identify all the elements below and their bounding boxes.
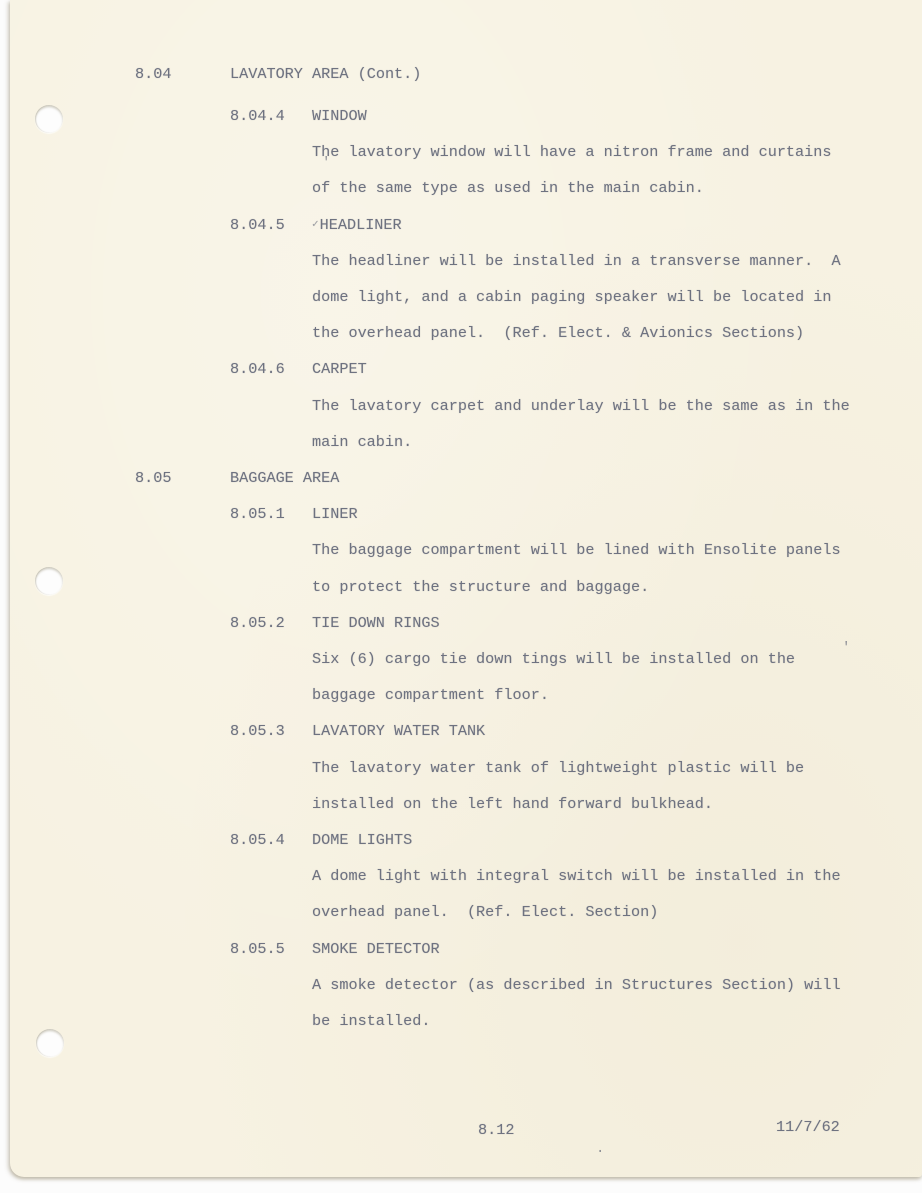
text-row: overhead panel. (Ref. Elect. Section) — [10, 894, 922, 931]
subsection-title: DOME LIGHTS — [312, 822, 412, 859]
subsection-number: 8.04.5 — [230, 207, 285, 244]
subsection-number: 8.05.4 — [230, 822, 285, 859]
subsection-title-text: LINER — [312, 505, 358, 523]
body-text: dome light, and a cabin paging speaker w… — [312, 279, 832, 316]
stray-mark: ' — [322, 156, 330, 170]
body-text: The lavatory carpet and underlay will be… — [312, 388, 850, 425]
text-row: The baggage compartment will be lined wi… — [10, 532, 922, 569]
text-row: The lavatory window will have a nitron f… — [10, 134, 922, 171]
subsection-title: SMOKE DETECTOR — [312, 931, 440, 968]
subsection-number: 8.05.1 — [230, 496, 285, 533]
section-title-text: BAGGAGE AREA — [230, 469, 339, 487]
subsection-title: LINER — [312, 496, 358, 533]
text-row: 8.05BAGGAGE AREA — [10, 460, 922, 497]
text-row: 8.04.6CARPET — [10, 351, 922, 388]
text-row: 8.04LAVATORY AREA (Cont.) — [10, 56, 922, 93]
body-text: baggage compartment floor. — [312, 677, 549, 714]
section-number: 8.04 — [135, 56, 171, 93]
text-row: dome light, and a cabin paging speaker w… — [10, 279, 922, 316]
text-row: A smoke detector (as described in Struct… — [10, 967, 922, 1004]
subsection-title-text: DOME LIGHTS — [312, 831, 412, 849]
body-text: A dome light with integral switch will b… — [312, 858, 841, 895]
text-row: to protect the structure and baggage. — [10, 569, 922, 606]
text-row: 8.05.5SMOKE DETECTOR — [10, 931, 922, 968]
section-number: 8.05 — [135, 460, 171, 497]
body-text: main cabin. — [312, 424, 412, 461]
subsection-title-text: WINDOW — [312, 107, 367, 125]
body-text: overhead panel. (Ref. Elect. Section) — [312, 894, 658, 931]
subsection-number: 8.05.5 — [230, 931, 285, 968]
body-text: The headliner will be installed in a tra… — [312, 243, 841, 280]
text-row: 8.04.4WINDOW — [10, 98, 922, 135]
subsection-title-text: TIE DOWN RINGS — [312, 614, 440, 632]
text-row: 8.04.5✓HEADLINER — [10, 207, 922, 244]
text-row: 8.05.4DOME LIGHTS — [10, 822, 922, 859]
subsection-title-text: SMOKE DETECTOR — [312, 940, 440, 958]
body-text: The lavatory water tank of lightweight p… — [312, 750, 804, 787]
body-text: The baggage compartment will be lined wi… — [312, 532, 841, 569]
subsection-number: 8.05.2 — [230, 605, 285, 642]
stray-mark: ' — [842, 641, 850, 655]
check-mark-icon: ✓ — [312, 207, 319, 244]
text-row: The headliner will be installed in a tra… — [10, 243, 922, 280]
body-text: The lavatory window will have a nitron f… — [312, 134, 832, 171]
body-text: to protect the structure and baggage. — [312, 569, 649, 606]
document-page: 8.04LAVATORY AREA (Cont.)8.04.4WINDOWThe… — [10, 0, 922, 1177]
stray-mark: . — [596, 1142, 604, 1156]
body-text: Six (6) cargo tie down tings will be ins… — [312, 641, 795, 678]
section-title: BAGGAGE AREA — [230, 460, 339, 497]
subsection-title-text: CARPET — [312, 360, 367, 378]
body-text: the overhead panel. (Ref. Elect. & Avion… — [312, 315, 804, 352]
body-text: installed on the left hand forward bulkh… — [312, 786, 713, 823]
subsection-number: 8.05.3 — [230, 713, 285, 750]
subsection-number: 8.04.4 — [230, 98, 285, 135]
body-text: be installed. — [312, 1003, 430, 1040]
page-number: 8.12 — [478, 1112, 514, 1149]
subsection-title-text: HEADLINER — [320, 216, 402, 234]
text-row: 8.05.2TIE DOWN RINGS — [10, 605, 922, 642]
subsection-title: CARPET — [312, 351, 367, 388]
body-text: of the same type as used in the main cab… — [312, 170, 704, 207]
subsection-title: TIE DOWN RINGS — [312, 605, 440, 642]
revision-date: 11/7/62 — [776, 1109, 840, 1146]
text-row: A dome light with integral switch will b… — [10, 858, 922, 895]
subsection-number: 8.04.6 — [230, 351, 285, 388]
text-row: installed on the left hand forward bulkh… — [10, 786, 922, 823]
body-text: A smoke detector (as described in Struct… — [312, 967, 841, 1004]
section-title: LAVATORY AREA (Cont.) — [230, 56, 421, 93]
text-row: of the same type as used in the main cab… — [10, 170, 922, 207]
text-row: The lavatory carpet and underlay will be… — [10, 388, 922, 425]
text-row: 8.05.3LAVATORY WATER TANK — [10, 713, 922, 750]
text-row: baggage compartment floor. — [10, 677, 922, 714]
text-row: main cabin. — [10, 424, 922, 461]
subsection-title: WINDOW — [312, 98, 367, 135]
subsection-title-text: LAVATORY WATER TANK — [312, 722, 485, 740]
text-row: Six (6) cargo tie down tings will be ins… — [10, 641, 922, 678]
text-row: 8.05.1LINER — [10, 496, 922, 533]
text-row: be installed. — [10, 1003, 922, 1040]
subsection-title: LAVATORY WATER TANK — [312, 713, 485, 750]
section-title-suffix: (Cont.) — [348, 65, 421, 83]
section-title-text: LAVATORY AREA — [230, 65, 348, 83]
text-row: the overhead panel. (Ref. Elect. & Avion… — [10, 315, 922, 352]
text-row: The lavatory water tank of lightweight p… — [10, 750, 922, 787]
subsection-title: ✓HEADLINER — [312, 207, 402, 246]
